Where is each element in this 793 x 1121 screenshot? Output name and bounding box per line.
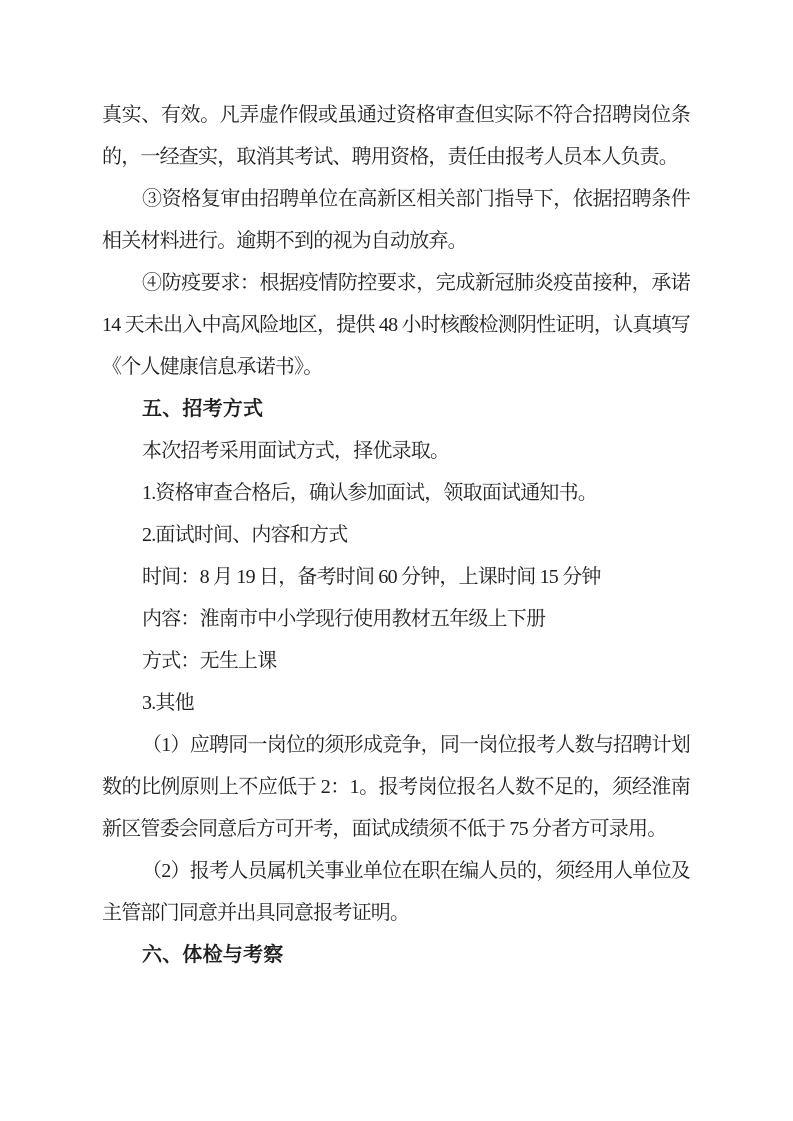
text-line: （1）应聘同一岗位的须形成竞争，同一岗位报考人数与招聘计划 xyxy=(102,724,690,766)
text-line: 内容：淮南市中小学现行使用教材五年级上下册 xyxy=(102,598,690,640)
document-body: 真实、有效。凡弄虚作假或虽通过资格审查但实际不符合招聘岗位条件 的，一经查实，取… xyxy=(102,94,690,976)
text-line: 1.资格审查合格后，确认参加面试，领取面试通知书。 xyxy=(102,472,690,514)
text-line: 时间：8 月 19 日，备考时间 60 分钟，上课时间 15 分钟 xyxy=(102,556,690,598)
text-line: 相关材料进行。逾期不到的视为自动放弃。 xyxy=(102,220,690,262)
text-line: 数的比例原则上不应低于 2：1。报考岗位报名人数不足的，须经淮南高 xyxy=(102,766,690,808)
text-line: 方式：无生上课 xyxy=(102,640,690,682)
text-line: 真实、有效。凡弄虚作假或虽通过资格审查但实际不符合招聘岗位条件 xyxy=(102,94,690,136)
text-line: ④防疫要求：根据疫情防控要求，完成新冠肺炎疫苗接种，承诺近 xyxy=(102,262,690,304)
text-line: 3.其他 xyxy=(102,682,690,724)
section-heading-6: 六、体检与考察 xyxy=(102,934,690,976)
text-line: 本次招考采用面试方式，择优录取。 xyxy=(102,430,690,472)
text-line: ③资格复审由招聘单位在高新区相关部门指导下，依据招聘条件和 xyxy=(102,178,690,220)
text-line: 2.面试时间、内容和方式 xyxy=(102,514,690,556)
text-line: 的，一经查实，取消其考试、聘用资格，责任由报考人员本人负责。 xyxy=(102,136,690,178)
text-line: 主管部门同意并出具同意报考证明。 xyxy=(102,892,690,934)
text-line: 《个人健康信息承诺书》。 xyxy=(102,346,690,388)
document-page: 真实、有效。凡弄虚作假或虽通过资格审查但实际不符合招聘岗位条件 的，一经查实，取… xyxy=(0,0,793,1121)
text-line: 新区管委会同意后方可开考，面试成绩须不低于 75 分者方可录用。 xyxy=(102,808,690,850)
text-line: 14 天未出入中高风险地区，提供 48 小时核酸检测阴性证明，认真填写 xyxy=(102,304,690,346)
text-line: （2）报考人员属机关事业单位在职在编人员的，须经用人单位及 xyxy=(102,850,690,892)
section-heading-5: 五、招考方式 xyxy=(102,388,690,430)
